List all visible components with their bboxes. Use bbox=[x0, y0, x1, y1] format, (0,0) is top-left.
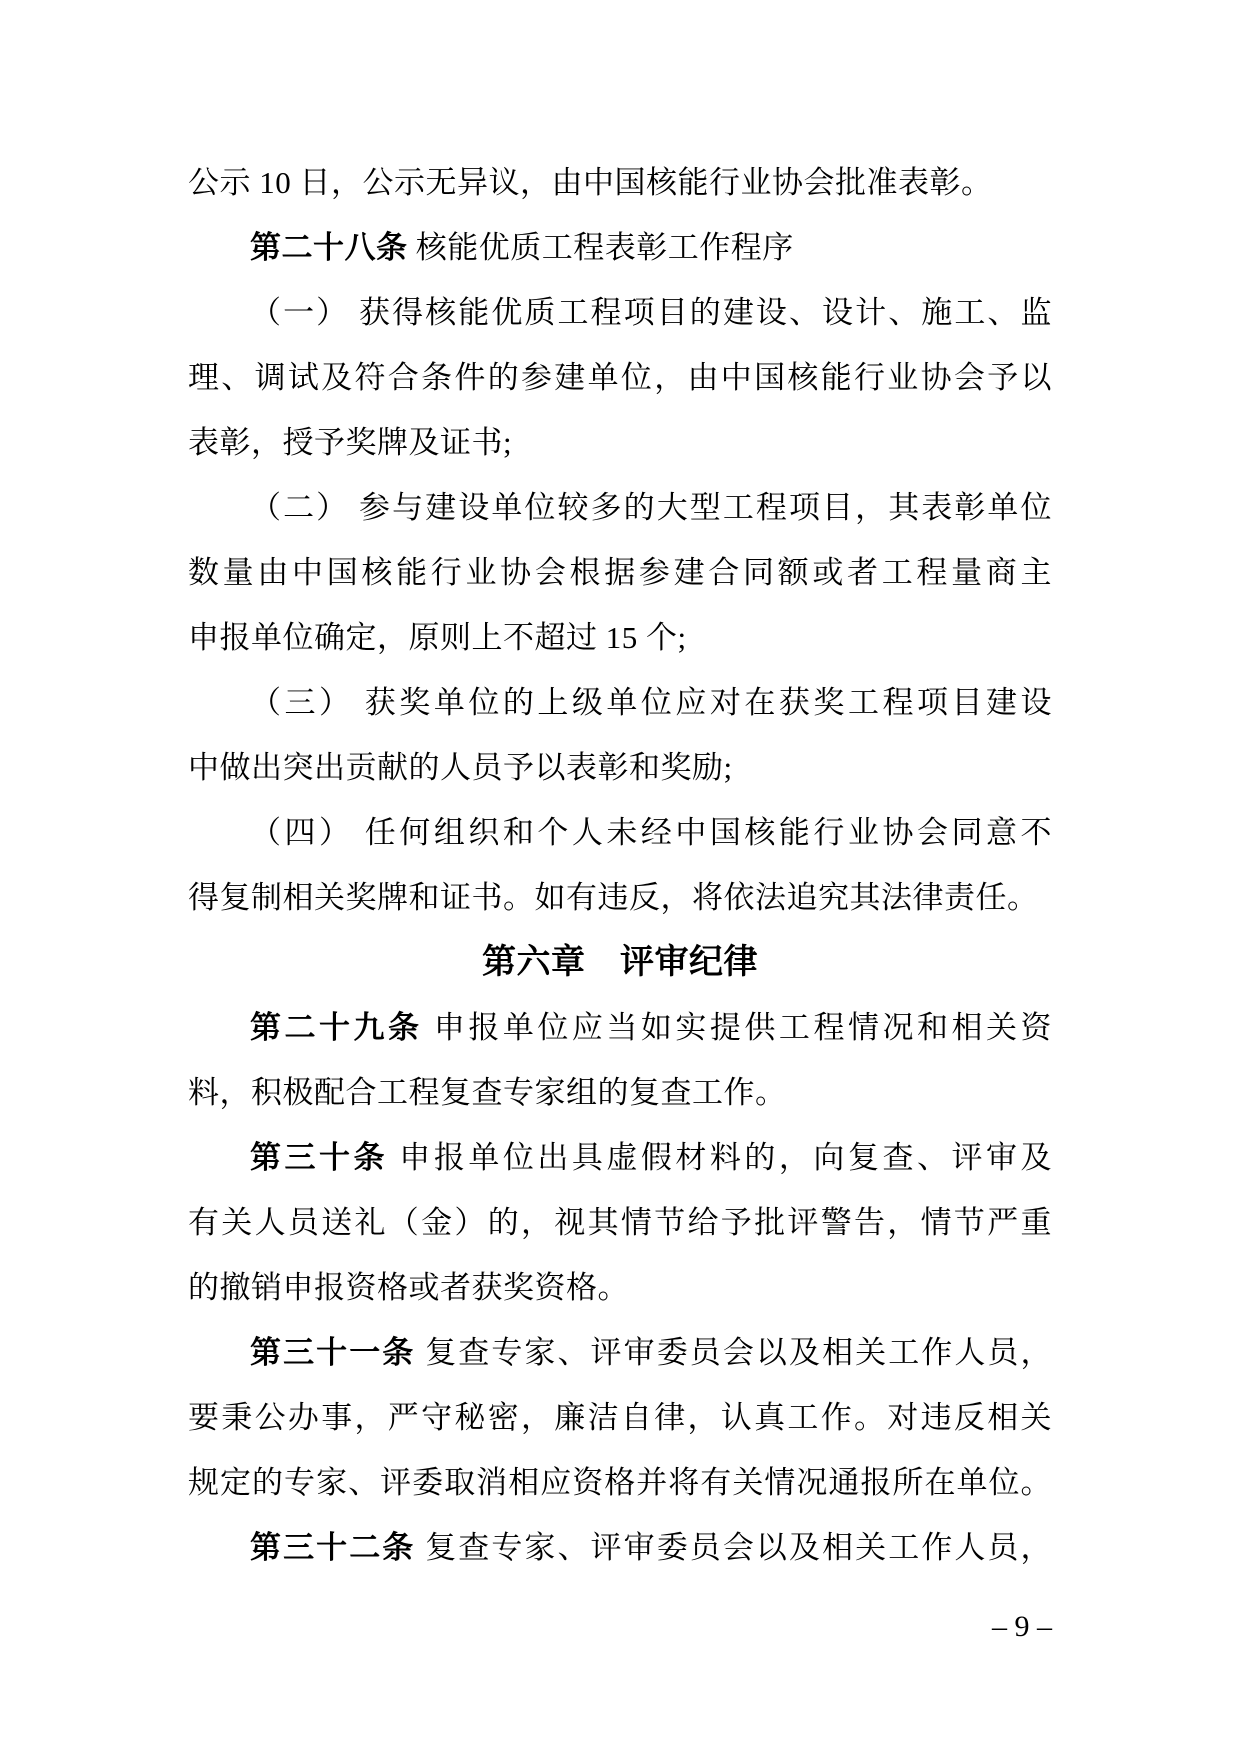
doc-line: 申报单位确定，原则上不超过 15 个; bbox=[188, 605, 1052, 670]
doc-line: 第三十条 申报单位出具虚假材料的，向复查、评审及 bbox=[188, 1125, 1052, 1190]
doc-line: 要秉公办事，严守秘密，廉洁自律，认真工作。对违反相关 bbox=[188, 1385, 1052, 1450]
article-number: 第二十九条 bbox=[250, 1010, 423, 1045]
article-number: 第三十条 bbox=[250, 1140, 388, 1175]
article-number: 第三十二条 bbox=[250, 1530, 415, 1565]
line-text: 核能优质工程表彰工作程序 bbox=[408, 230, 794, 265]
doc-line: 公示 10 日，公示无异议，由中国核能行业协会批准表彰。 bbox=[188, 150, 1052, 215]
doc-line: （四） 任何组织和个人未经中国核能行业协会同意不 bbox=[188, 800, 1052, 865]
page-number: – 9 – bbox=[992, 1608, 1052, 1646]
doc-line: （二） 参与建设单位较多的大型工程项目，其表彰单位 bbox=[188, 475, 1052, 540]
article-number: 第二十八条 bbox=[250, 230, 408, 265]
doc-line: 理、调试及符合条件的参建单位，由中国核能行业协会予以 bbox=[188, 345, 1052, 410]
doc-line: 规定的专家、评委取消相应资格并将有关情况通报所在单位。 bbox=[188, 1450, 1052, 1515]
doc-line: 第三十二条 复查专家、评审委员会以及相关工作人员， bbox=[188, 1515, 1052, 1580]
line-text: 申报单位出具虚假材料的，向复查、评审及 bbox=[388, 1140, 1052, 1175]
doc-line: 的撤销申报资格或者获奖资格。 bbox=[188, 1255, 1052, 1320]
doc-line: 料，积极配合工程复查专家组的复查工作。 bbox=[188, 1060, 1052, 1125]
doc-line: 表彰，授予奖牌及证书; bbox=[188, 410, 1052, 475]
document-page: 公示 10 日，公示无异议，由中国核能行业协会批准表彰。 第二十八条 核能优质工… bbox=[0, 0, 1241, 1754]
line-text: 申报单位应当如实提供工程情况和相关资 bbox=[423, 1010, 1052, 1045]
doc-line: 有关人员送礼（金）的，视其情节给予批评警告，情节严重 bbox=[188, 1190, 1052, 1255]
doc-line: 得复制相关奖牌和证书。如有违反，将依法追究其法律责任。 bbox=[188, 865, 1052, 930]
article-number: 第三十一条 bbox=[250, 1335, 415, 1370]
doc-line: 数量由中国核能行业协会根据参建合同额或者工程量商主 bbox=[188, 540, 1052, 605]
doc-line: 第三十一条 复查专家、评审委员会以及相关工作人员， bbox=[188, 1320, 1052, 1385]
doc-line: 第二十八条 核能优质工程表彰工作程序 bbox=[188, 215, 1052, 280]
document-body: 公示 10 日，公示无异议，由中国核能行业协会批准表彰。 第二十八条 核能优质工… bbox=[188, 150, 1052, 1580]
doc-line: （一） 获得核能优质工程项目的建设、设计、施工、监 bbox=[188, 280, 1052, 345]
doc-line: 中做出突出贡献的人员予以表彰和奖励; bbox=[188, 735, 1052, 800]
doc-line: 第二十九条 申报单位应当如实提供工程情况和相关资 bbox=[188, 995, 1052, 1060]
chapter-heading: 第六章 评审纪律 bbox=[188, 930, 1052, 995]
doc-line: （三） 获奖单位的上级单位应对在获奖工程项目建设 bbox=[188, 670, 1052, 735]
line-text: 复查专家、评审委员会以及相关工作人员， bbox=[415, 1530, 1052, 1565]
line-text: 复查专家、评审委员会以及相关工作人员， bbox=[415, 1335, 1052, 1370]
